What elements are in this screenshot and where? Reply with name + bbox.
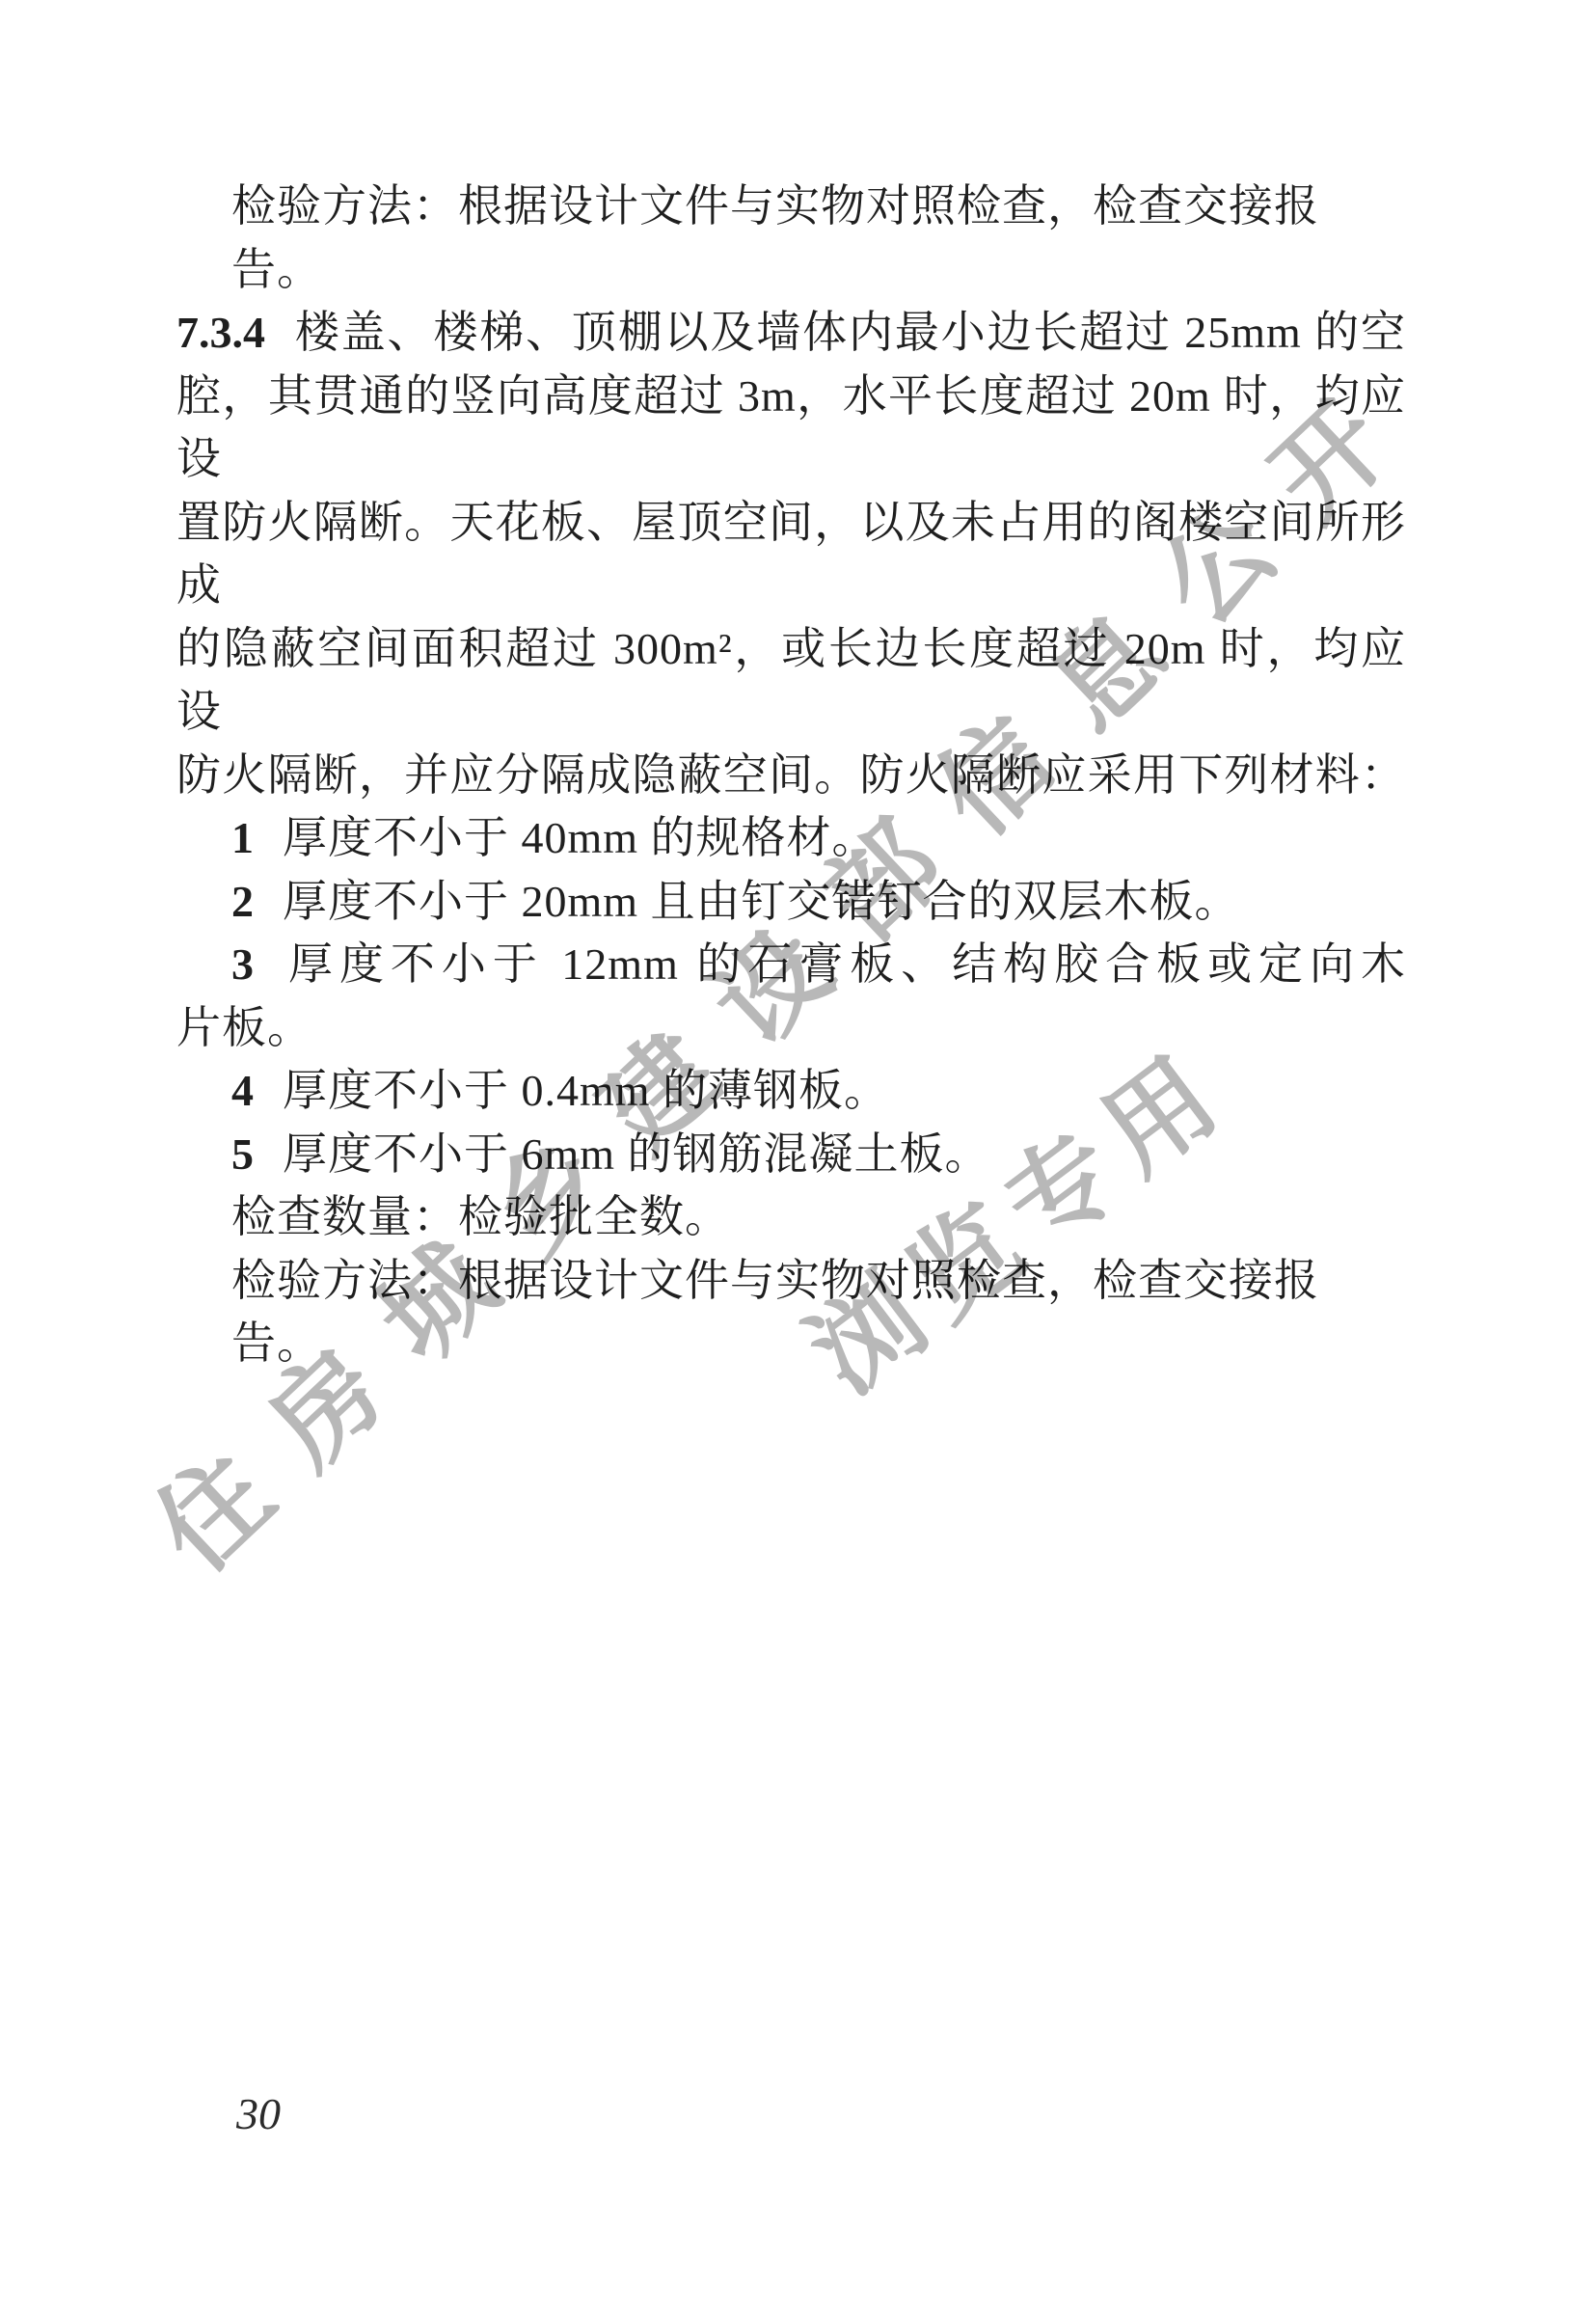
page-number: 30 xyxy=(236,2088,281,2139)
item-text: 片板。 xyxy=(176,1003,312,1052)
clause-7-3-4-line-2: 腔，其贯通的竖向高度超过 3m，水平长度超过 20m 时，均应设 xyxy=(176,365,1406,491)
clause-text: 防火隔断，并应分隔成隐蔽空间。防火隔断应采用下列材料： xyxy=(176,750,1406,800)
clause-7-3-4-line-3: 置防火隔断。天花板、屋顶空间，以及未占用的阁楼空间所形成 xyxy=(176,491,1406,617)
clause-number: 7.3.4 xyxy=(176,308,265,357)
inspection-quantity-text: 检查数量：检验批全数。 xyxy=(231,1192,730,1241)
list-item-3-line-1: 3厚度不小于 12mm 的石膏板、结构胶合板或定向木 xyxy=(176,933,1406,996)
document-page: 住房城乡建设部信息公开 浏览专用 检验方法：根据设计文件与实物对照检查，检查交接… xyxy=(0,0,1596,2311)
item-text: 厚度不小于 0.4mm 的薄钢板。 xyxy=(283,1066,889,1115)
clause-text: 置防火隔断。天花板、屋顶空间，以及未占用的阁楼空间所形成 xyxy=(176,498,1406,611)
list-item-2: 2厚度不小于 20mm 且由钉交错钉合的双层木板。 xyxy=(176,870,1406,934)
list-item-5: 5厚度不小于 6mm 的钢筋混凝土板。 xyxy=(176,1123,1406,1186)
text-line: 检验方法：根据设计文件与实物对照检查，检查交接报告。 xyxy=(176,175,1406,301)
list-item-3-line-2: 片板。 xyxy=(176,996,1406,1060)
clause-text: 腔，其贯通的竖向高度超过 3m，水平长度超过 20m 时，均应设 xyxy=(176,371,1406,484)
body-text: 检验方法：根据设计文件与实物对照检查，检查交接报告。 7.3.4楼盖、楼梯、顶棚… xyxy=(176,175,1406,1375)
clause-7-3-4-line-5: 防火隔断，并应分隔成隐蔽空间。防火隔断应采用下列材料： xyxy=(176,744,1406,807)
inspection-method-text: 检验方法：根据设计文件与实物对照检查，检查交接报告。 xyxy=(231,1256,1319,1369)
item-text: 厚度不小于 12mm 的石膏板、结构胶合板或定向木 xyxy=(283,939,1406,989)
list-item-1: 1厚度不小于 40mm 的规格材。 xyxy=(176,806,1406,870)
item-text: 厚度不小于 40mm 的规格材。 xyxy=(283,813,878,862)
clause-text: 楼盖、楼梯、顶棚以及墙体内最小边长超过 25mm 的空 xyxy=(294,308,1406,357)
item-number: 4 xyxy=(231,1066,254,1115)
item-number: 2 xyxy=(231,877,254,926)
item-text: 厚度不小于 6mm 的钢筋混凝土板。 xyxy=(283,1129,990,1179)
clause-7-3-4-line-1: 7.3.4楼盖、楼梯、顶棚以及墙体内最小边长超过 25mm 的空 xyxy=(176,301,1406,365)
clause-text: 的隐蔽空间面积超过 300m²，或长边长度超过 20m 时，均应设 xyxy=(176,624,1406,737)
inspection-method-line-2: 检验方法：根据设计文件与实物对照检查，检查交接报告。 xyxy=(176,1249,1406,1375)
item-text: 厚度不小于 20mm 且由钉交错钉合的双层木板。 xyxy=(283,877,1240,926)
inspection-quantity-line: 检查数量：检验批全数。 xyxy=(176,1185,1406,1249)
clause-7-3-4-line-4: 的隐蔽空间面积超过 300m²，或长边长度超过 20m 时，均应设 xyxy=(176,617,1406,744)
list-item-4: 4厚度不小于 0.4mm 的薄钢板。 xyxy=(176,1059,1406,1123)
item-number: 5 xyxy=(231,1129,254,1179)
inspection-method-line: 检验方法：根据设计文件与实物对照检查，检查交接报告。 xyxy=(231,181,1319,294)
item-number: 1 xyxy=(231,813,254,862)
item-number: 3 xyxy=(231,939,254,989)
